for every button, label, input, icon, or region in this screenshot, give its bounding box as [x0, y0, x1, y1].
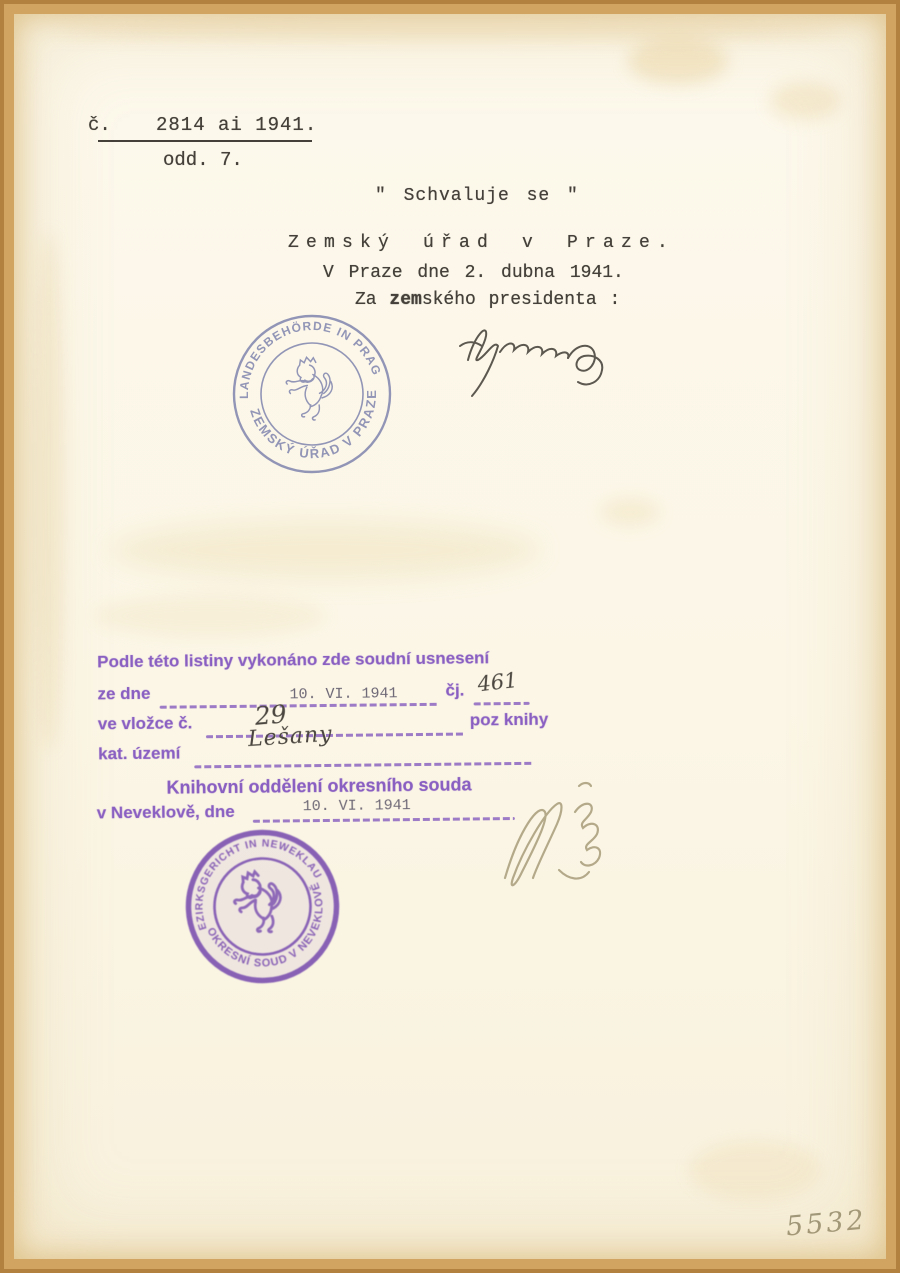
archive-number: 5532 [785, 1205, 868, 1243]
reference-underline [98, 140, 312, 142]
reference-number: 2814 ai 1941. [156, 114, 317, 136]
place-label: v Neveklově, dne [97, 802, 235, 823]
approval-quote: " Schvaluje se " [375, 186, 579, 206]
vlozka-suffix: poz knihy [470, 710, 549, 731]
fill-in-rule [206, 733, 464, 739]
cj-label: čj. [445, 681, 464, 701]
court-record-line1: Podle této listiny vykonáno zde soudní u… [97, 648, 489, 672]
signatory-bold: zem [389, 290, 421, 310]
paper-stain [95, 595, 325, 637]
prague-official-stamp: · LANDESBEHÖRDE IN PRAG · ZEMSKÝ ÚŘAD V … [226, 308, 398, 480]
lion-emblem-icon [283, 354, 338, 424]
paper-stain [60, 22, 840, 42]
court-signature [483, 778, 633, 903]
neveklov-court-stamp: BEZIRKSGERICHT IN NEWEKLAU * OKRESNÍ SOU… [180, 824, 345, 989]
paper-stain [600, 498, 660, 526]
uzemi-label: kat. území [98, 744, 180, 765]
fill-in-rule [253, 817, 515, 823]
department-label: odd. 7. [163, 149, 243, 171]
document-page: č. 2814 ai 1941. odd. 7. " Schvaluje se … [0, 0, 900, 1273]
resolution-date: 10. VI. 1941 [289, 685, 397, 703]
paper-stain [690, 1140, 820, 1200]
vlozka-label: ve vložce č. [98, 713, 193, 734]
fill-in-rule [194, 762, 534, 769]
paper-stain [110, 520, 540, 580]
paper-stain [34, 230, 64, 750]
signature-strokes [505, 783, 600, 885]
cj-number: 461 [476, 668, 519, 696]
fill-in-rule [160, 703, 440, 709]
authority-line: Zemský úřad v Praze. [288, 233, 675, 253]
place-date-line: V Praze dne 2. dubna 1941. [323, 263, 624, 283]
ze-dne-label: ze dne [97, 684, 150, 705]
office-line: Knihovní oddělení okresního souda [166, 774, 471, 798]
signatory-prefix: Za [355, 290, 389, 310]
paper-stain [628, 38, 728, 84]
signature-strokes [460, 330, 602, 396]
president-signature [452, 300, 672, 400]
fill-in-rule [474, 702, 530, 706]
uzemi-value: Lešany [247, 722, 333, 752]
reference-prefix: č. [88, 114, 111, 136]
scanned-document: { "colors": { "paper": "#fbf6e8", "frame… [0, 0, 900, 1273]
paper-stain [770, 82, 840, 120]
entry-date: 10. VI. 1941 [303, 797, 411, 815]
